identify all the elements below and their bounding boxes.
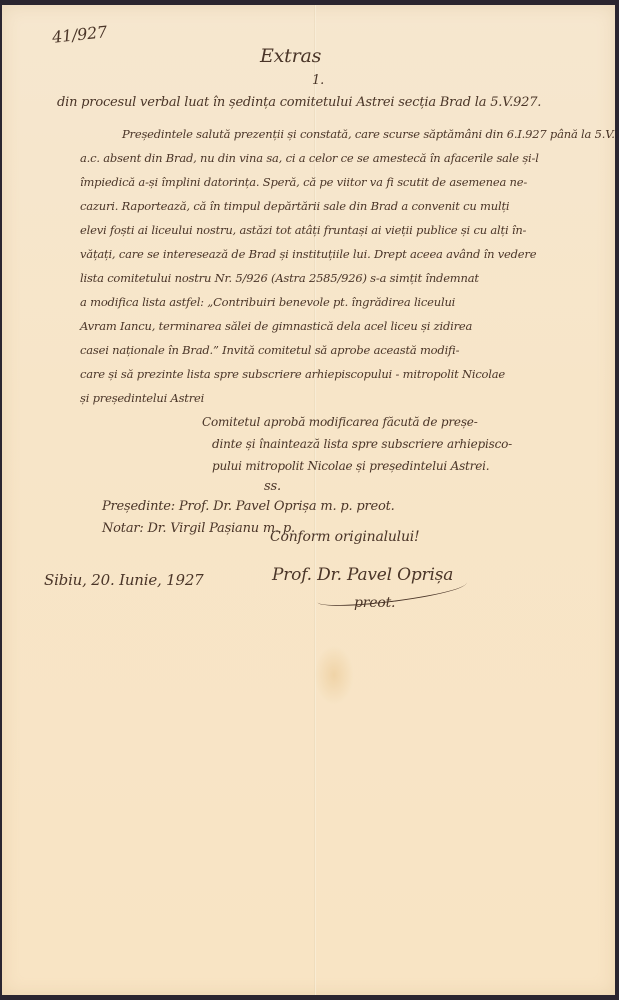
body-line: Avram Iancu, terminarea sălei de gimnast… bbox=[80, 319, 472, 333]
certification-note: Conform originalului! bbox=[270, 529, 419, 545]
resolution-line: pului mitropolit Nicolae și președintelu… bbox=[212, 459, 489, 473]
signatory-president: Președinte: Prof. Dr. Pavel Oprișa m. p.… bbox=[102, 499, 395, 514]
signatory-role: Președinte: bbox=[102, 499, 175, 514]
body-line: și președintelui Astrei bbox=[80, 391, 204, 405]
body-line: cazuri. Raportează, că în timpul depărtă… bbox=[80, 199, 509, 213]
section-number: 1. bbox=[312, 73, 324, 88]
signatory-role: Notar: bbox=[102, 521, 144, 536]
body-line: Președintele salută prezenții și constat… bbox=[122, 127, 615, 141]
document-subtitle: din procesul verbal luat în ședința comi… bbox=[57, 95, 541, 110]
body-line: împiedică a-și împlini datorința. Speră,… bbox=[80, 175, 527, 189]
reference-number: 41/927 bbox=[51, 22, 108, 47]
resolution-line: dinte și înaintează lista spre subscrier… bbox=[212, 437, 512, 451]
body-line: elevi foști ai liceului nostru, astăzi t… bbox=[80, 223, 526, 237]
resolution-line: Comitetul aprobă modificarea făcută de p… bbox=[202, 415, 478, 429]
document-title: Extras bbox=[260, 45, 321, 67]
signature-title: preot. bbox=[354, 595, 395, 611]
signed-abbreviation: ss. bbox=[264, 479, 281, 494]
signatory-name: Prof. Dr. Pavel Oprișa m. p. preot. bbox=[179, 499, 395, 514]
body-line: a modifica lista astfel: „Contribuiri be… bbox=[80, 295, 455, 309]
body-line: lista comitetului nostru Nr. 5/926 (Astr… bbox=[80, 271, 479, 285]
place-date: Sibiu, 20. Iunie, 1927 bbox=[44, 571, 204, 589]
signatory-notary: Notar: Dr. Virgil Pașianu m. p. bbox=[102, 521, 295, 536]
body-line: vățați, care se interesează de Brad și i… bbox=[80, 247, 536, 261]
document-page: 41/927 Extras 1. din procesul verbal lua… bbox=[2, 5, 615, 995]
body-line: care și să prezinte lista spre subscrier… bbox=[80, 367, 505, 381]
body-line: a.c. absent din Brad, nu din vina sa, ci… bbox=[80, 151, 539, 165]
paper-stain bbox=[314, 645, 354, 705]
body-line: casei naționale în Brad.” Invită comitet… bbox=[80, 343, 459, 357]
